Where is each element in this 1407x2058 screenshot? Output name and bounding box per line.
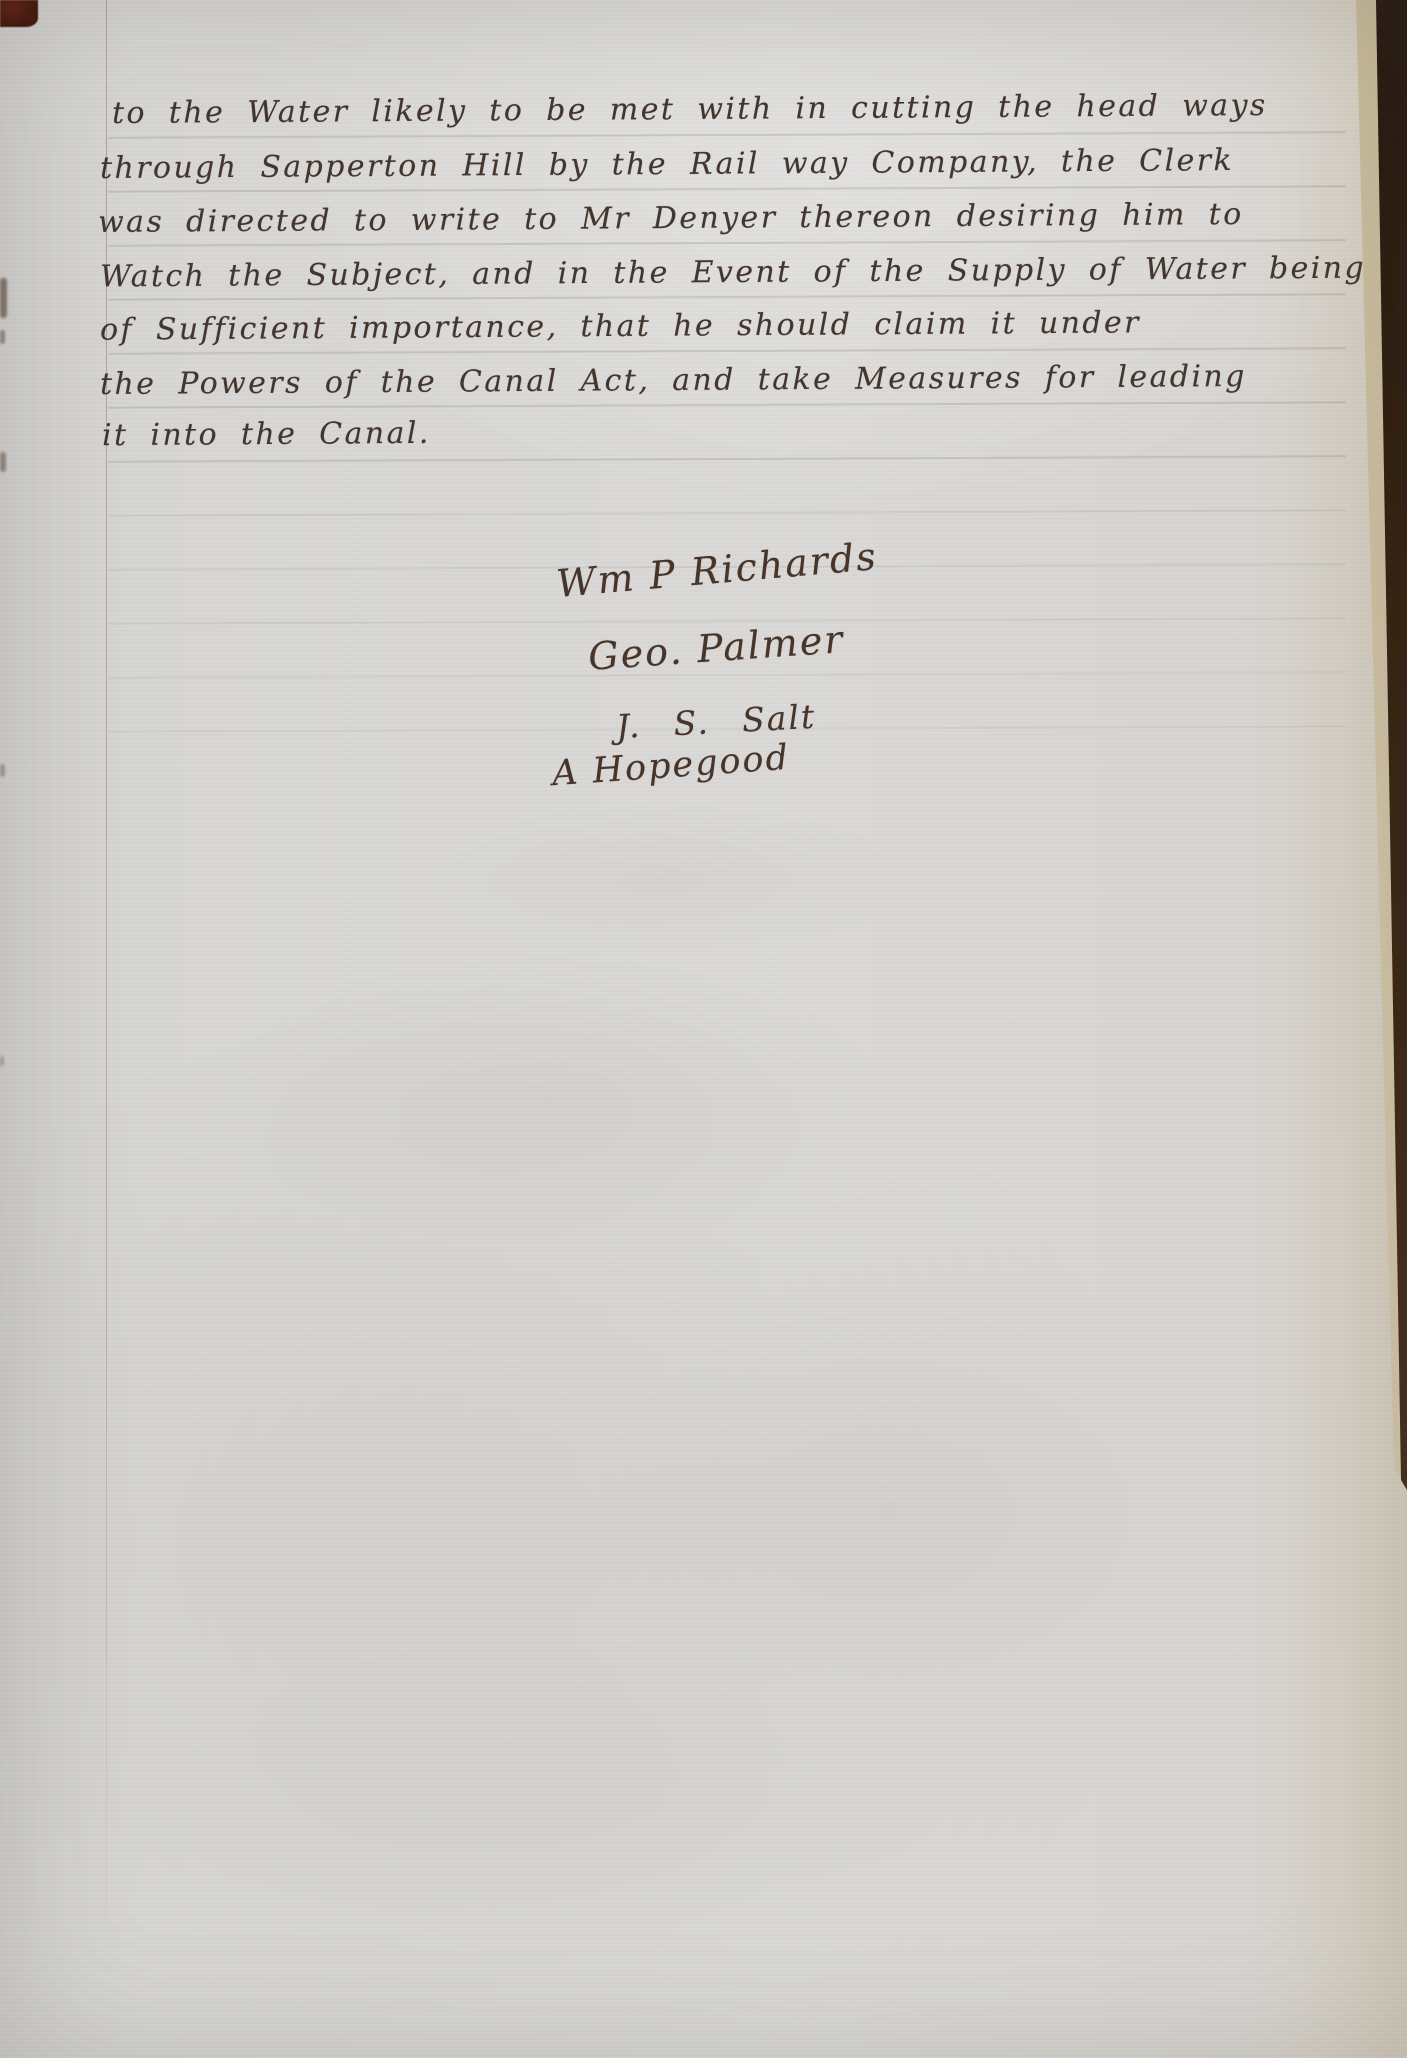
- scan-vignette: [0, 0, 1407, 2058]
- manuscript-page-scan: to the Water likely to be met with in cu…: [0, 0, 1407, 2058]
